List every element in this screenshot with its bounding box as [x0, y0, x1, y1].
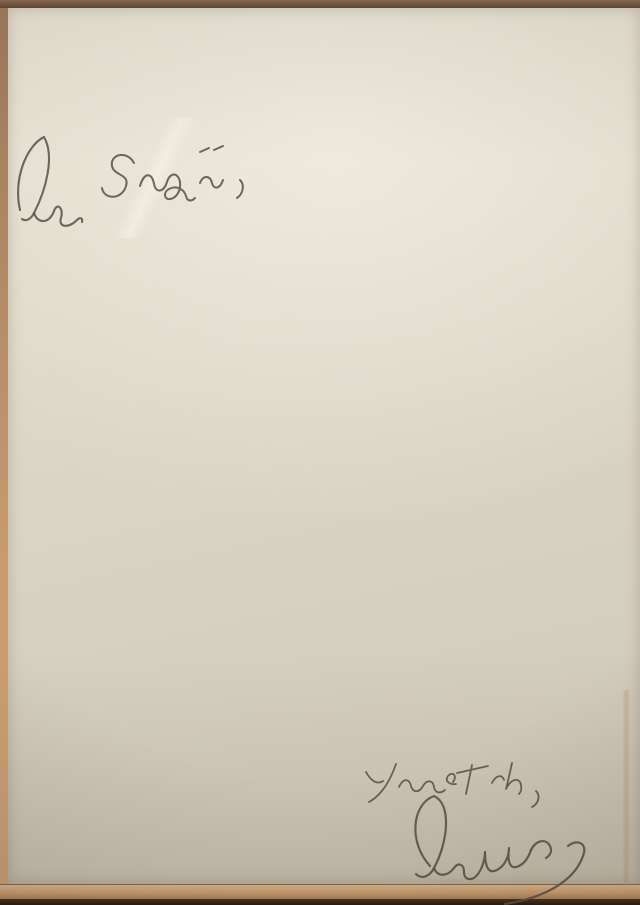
salutation-handwriting — [0, 128, 300, 228]
framed-letter-photo: DUDLEY J. HUGHES SECURITY CENTRE SOUTH, … — [0, 0, 640, 905]
signature-handwriting — [378, 788, 593, 905]
frame-edge-top — [0, 0, 640, 8]
